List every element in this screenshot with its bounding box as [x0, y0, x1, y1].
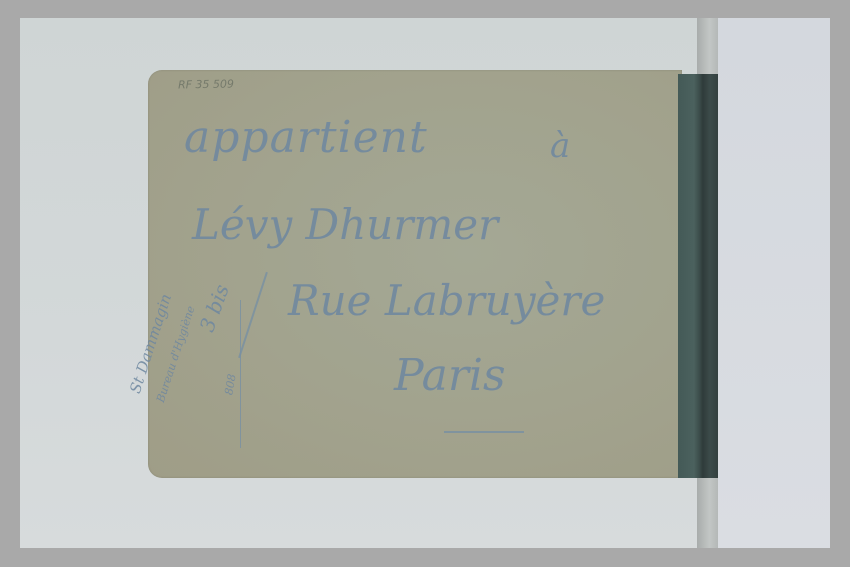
inscription-3bis: 3 bis	[195, 281, 234, 335]
notebook-page: RF 35 509 appartient à Lévy Dhurmer Rue …	[148, 70, 682, 478]
mount-board-right	[718, 18, 830, 548]
inscription-levy-dhurmer: Lévy Dhurmer	[192, 200, 498, 249]
margin-vertical-line	[240, 300, 241, 448]
margin-note-3: 808	[222, 373, 238, 396]
inscription-paris: Paris	[394, 350, 506, 401]
paris-underline	[444, 431, 524, 433]
inscription-rue-labruyere: Rue Labruyère	[288, 276, 605, 325]
inventory-number: RF 35 509	[178, 78, 234, 92]
slash-stroke	[238, 272, 268, 358]
notebook-binding	[678, 74, 718, 478]
inscription-appartient: appartient	[184, 112, 428, 163]
inscription-a: à	[550, 126, 570, 166]
